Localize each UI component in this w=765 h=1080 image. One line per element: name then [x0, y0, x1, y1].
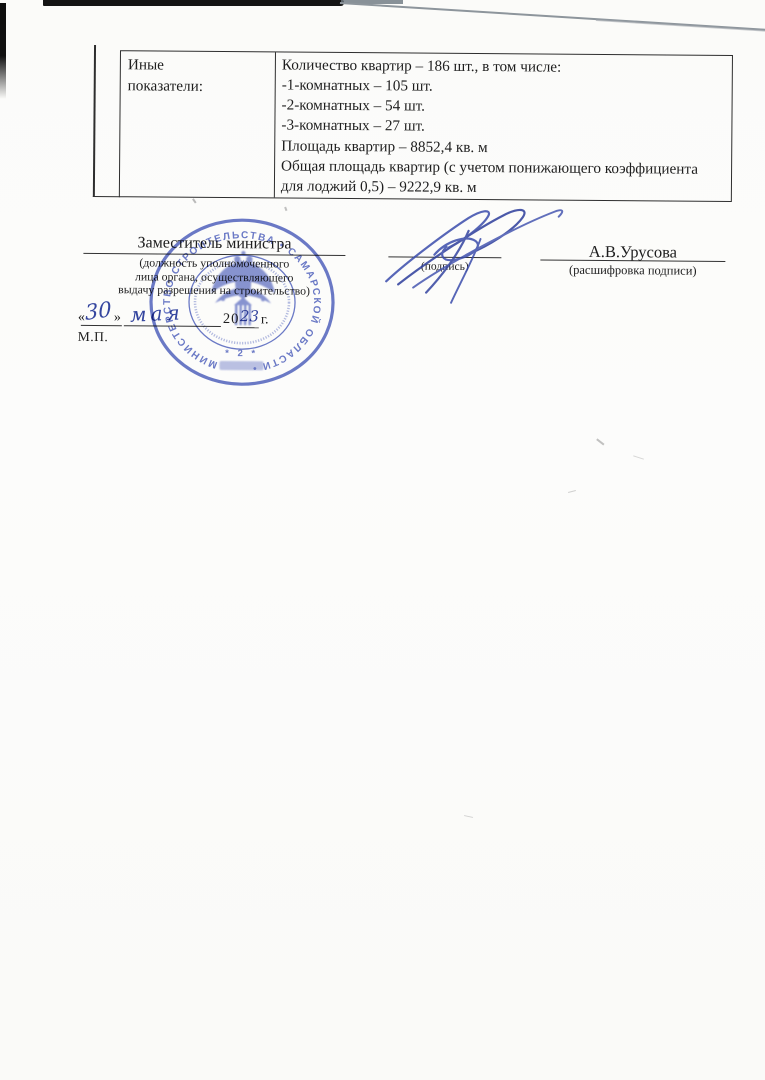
document-content: Иные показатели: Количество квартир – 18…	[0, 0, 765, 1080]
table-outer-left-border	[93, 45, 96, 197]
stamp-eagle-emblem	[211, 251, 276, 326]
stamp-bottom-smudge	[219, 361, 263, 370]
signature-image	[376, 198, 577, 330]
table-row-label-cell: Иные показатели:	[120, 51, 276, 197]
date-day-handwritten: 30	[85, 297, 113, 325]
row-label-line: показатели:	[128, 75, 269, 97]
date-day-underline	[81, 324, 122, 326]
indicators-table: Иные показатели: Количество квартир – 18…	[119, 50, 733, 202]
stamp-center-mark: * 2 *	[225, 348, 258, 359]
stamp-place-abbr: М.П.	[78, 329, 109, 345]
table-value-cell: Количество квартир – 186 шт., в том числ…	[275, 52, 732, 201]
row-label-line: Иные	[128, 54, 269, 76]
stamp-seal: МИНИСТЕРСТВО СТРОИТЕЛЬСТВА • САМАРСКОЙ О…	[143, 214, 340, 390]
table-bottom-border-extension	[93, 195, 120, 197]
table-value-line: для лоджий 0,5) – 9222,9 кв. м	[281, 177, 723, 201]
scanned-document-page: Иные показатели: Количество квартир – 18…	[0, 0, 765, 1080]
